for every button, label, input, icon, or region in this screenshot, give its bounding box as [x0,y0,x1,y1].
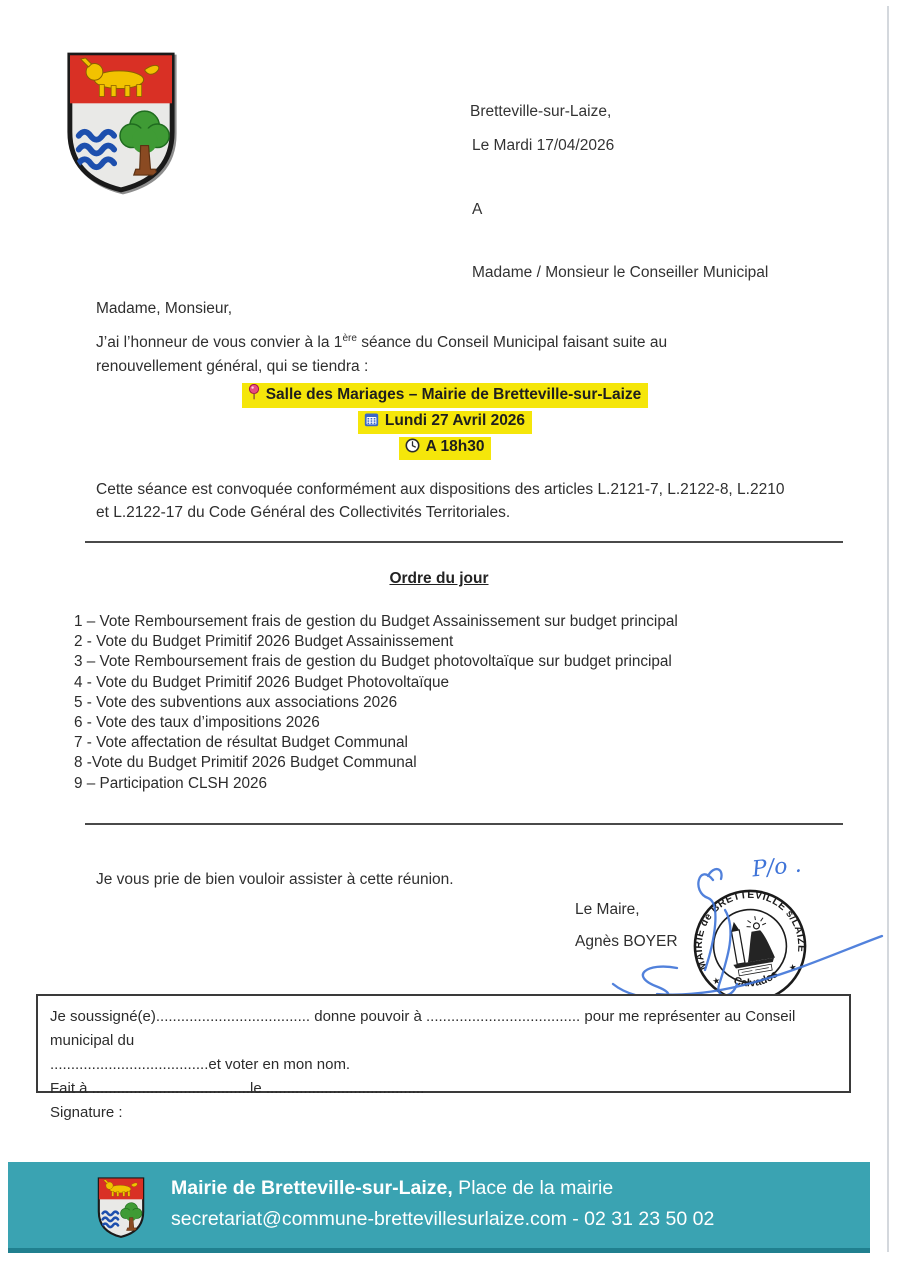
agenda-item-7: 7 - Vote affectation de résultat Budget … [74,733,678,753]
agenda-item-1: 1 – Vote Remboursement frais de gestion … [74,612,678,632]
meeting-time-line: A 18h30 [399,437,492,460]
meeting-place-text: Salle des Mariages – Mairie de Brettevil… [266,386,642,403]
footer-org-line: Mairie de Bretteville-sur-Laize, Place d… [171,1177,613,1200]
calendar-icon [364,412,379,432]
intro-paragraph: J’ai l’honneur de vous convier à la 1ère… [96,327,746,379]
agenda-item-5: 5 - Vote des subventions aux association… [74,693,678,713]
proxy-line-3: Fait à .................................… [50,1077,837,1101]
footer-contact-line: secretariat@commune-brettevillesurlaize.… [171,1208,714,1231]
footer-coat-of-arms-icon [95,1175,147,1239]
meeting-place-line: Salle des Mariages – Mairie de Brettevil… [242,383,649,408]
salutation: Madame, Monsieur, [96,297,232,320]
proxy-line-1: Je soussigné(e).........................… [50,1005,837,1053]
footer-coat-of-arms [95,1175,147,1239]
separator-line-2 [85,823,843,825]
agenda-title: Ordre du jour [96,570,782,588]
footer-banner: Mairie de Bretteville-sur-Laize, Place d… [8,1162,870,1253]
scan-edge-line [887,6,889,1252]
meeting-date-line: Lundi 27 Avril 2026 [358,411,532,434]
stamp-star-right: ★ [788,962,798,973]
legal-paragraph: Cette séance est convoquée conformément … [96,478,796,524]
proxy-line-4: Signature : [50,1101,837,1125]
footer-org-name: Mairie de Bretteville-sur-Laize, [171,1177,453,1199]
agenda-item-6: 6 - Vote des taux d’impositions 2026 [74,713,678,733]
clock-icon [405,438,420,458]
intro-text-1: J’ai l’honneur de vous convier à la 1 [96,334,342,351]
meeting-time-text: A 18h30 [426,438,485,455]
stamp-emblem [726,914,777,977]
proxy-box: Je soussigné(e).........................… [36,994,851,1093]
footer-org-address: Place de la mairie [453,1177,613,1199]
agenda-item-3: 3 – Vote Remboursement frais de gestion … [74,652,678,672]
agenda-item-9: 9 – Participation CLSH 2026 [74,774,678,794]
scanned-letter-page: Bretteville-sur-Laize, Le Mardi 17/04/20… [0,0,900,1274]
pin-icon [248,384,260,406]
coat-of-arms-icon [62,46,180,196]
to-prefix: A [472,201,482,219]
coat-of-arms [62,46,180,196]
agenda-item-8: 8 -Vote du Budget Primitif 2026 Budget C… [74,753,678,773]
stamp-arc-text: MAIRIE de BRETTEVILLE s/LAIZE [685,881,808,972]
date-line: Le Mardi 17/04/2026 [472,137,614,155]
agenda-item-2: 2 - Vote du Budget Primitif 2026 Budget … [74,632,678,652]
closing-line: Je vous prie de bien vouloir assister à … [96,868,454,891]
svg-text:MAIRIE de BRETTEVILLE s/LAIZE: MAIRIE de BRETTEVILLE s/LAIZE [685,881,808,972]
signer-title: Le Maire, [575,898,640,921]
recipient-line: Madame / Monsieur le Conseiller Municipa… [472,264,768,282]
proxy-line-2: ......................................et… [50,1053,837,1077]
stamp-star-left: ★ [711,975,721,986]
meeting-highlight-block: Salle des Mariages – Mairie de Brettevil… [100,383,790,460]
agenda-list: 1 – Vote Remboursement frais de gestion … [74,612,678,794]
signer-name: Agnès BOYER [575,930,678,953]
meeting-date-text: Lundi 27 Avril 2026 [385,412,525,429]
city-line: Bretteville-sur-Laize, [470,103,611,121]
agenda-item-4: 4 - Vote du Budget Primitif 2026 Budget … [74,673,678,693]
intro-sup: ère [342,333,356,344]
separator-line-1 [85,541,843,543]
